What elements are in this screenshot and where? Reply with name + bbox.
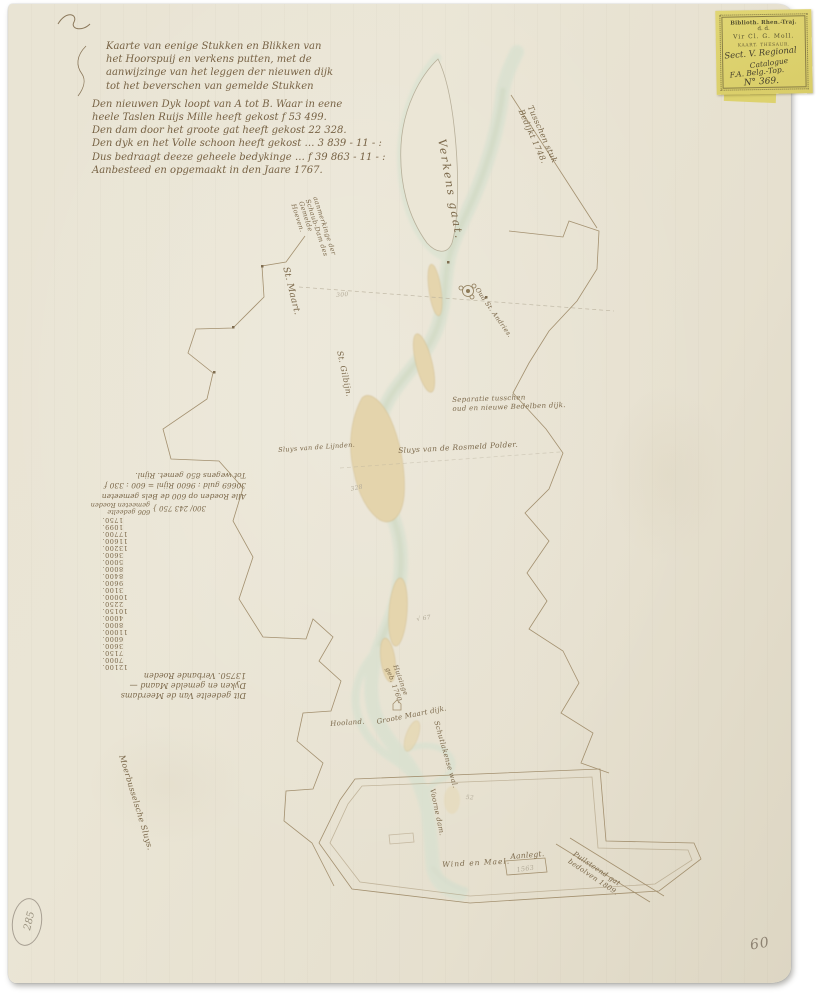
calc-number: 8000. bbox=[102, 621, 154, 628]
calc-number: 8400. bbox=[102, 572, 154, 579]
title-line: het Hoorspuij en verkens putten, met de bbox=[106, 53, 392, 66]
title-block: Kaarte van eenige Stukken en Blikken van… bbox=[92, 40, 392, 177]
scanned-map-page: { "title_block": { "lines": [ "Kaarte va… bbox=[0, 0, 817, 1000]
library-stamp-frame: Biblioth. Rhen.-Traj. d. d. Vir Cl. G. M… bbox=[719, 13, 808, 91]
title-line: Kaarte van eenige Stukken en Blikken van bbox=[106, 40, 392, 53]
pencil-mark: 52 bbox=[466, 794, 475, 802]
calc-number: 4000. bbox=[102, 614, 154, 621]
calc-number: 13200. bbox=[102, 544, 154, 551]
calc-number: 3600. bbox=[102, 642, 154, 649]
title-line: Den dam door het groote gat heeft gekost… bbox=[92, 124, 392, 137]
calc-outro-line: 30669 guld : 9600 Rijnl = 600 : 330 f bbox=[28, 480, 246, 491]
calculation-block: Dit gedeelte Van de MeerdamsDyken en gem… bbox=[28, 452, 246, 700]
pencil-mark: 300 bbox=[336, 291, 349, 299]
calc-number: 3100. bbox=[102, 586, 154, 593]
calc-number: 6000. bbox=[102, 635, 154, 642]
calc-outro: Alle Roeden op 600 de Bels gemeeten30669… bbox=[28, 470, 246, 502]
calc-total-note-line: gemeeten Roeden bbox=[91, 501, 150, 508]
library-stamp: Biblioth. Rhen.-Traj. d. d. Vir Cl. G. M… bbox=[715, 9, 812, 95]
title-line: Den dyk en het Volle schoon heeft gekost… bbox=[92, 137, 392, 150]
title-line: aanwijzinge van het leggen der nieuwen d… bbox=[106, 66, 392, 79]
calc-total-note: 606 gedeeltegemeeten Roeden bbox=[91, 501, 150, 515]
calc-number: 2250. bbox=[102, 600, 154, 607]
calc-intro-line: 13750. Verbande Roeden bbox=[28, 670, 246, 680]
calc-total-note-line: 606 gedeelte bbox=[91, 508, 150, 515]
calc-intro-line: Dyken en gemelde Maand — bbox=[28, 680, 246, 690]
calc-total-value: 243 750 bbox=[159, 504, 188, 512]
calc-number: 17700. bbox=[102, 530, 154, 537]
calc-number: 1750. bbox=[102, 516, 154, 523]
calc-total-row: 300/ 243 750 } 606 gedeeltegemeeten Roed… bbox=[28, 501, 206, 515]
calc-outro-line: Alle Roeden op 600 de Bels gemeeten bbox=[28, 491, 246, 502]
calc-number: 10000. bbox=[102, 593, 154, 600]
shelf-number: 285 bbox=[22, 910, 37, 931]
calc-number: 10150. bbox=[102, 607, 154, 614]
calc-number: 7150. bbox=[102, 649, 154, 656]
title-line: Aanbesteed en opgemaakt in den Jaare 176… bbox=[92, 164, 392, 177]
calc-number: 11600. bbox=[102, 537, 154, 544]
calc-total-prefix: 300/ bbox=[190, 504, 206, 512]
title-line: Dus bedraagt deeze geheele bedykinge … f… bbox=[92, 151, 392, 164]
calc-intro-line: Dit gedeelte Van de Meerdams bbox=[28, 690, 246, 700]
title-line: tot het beverschen van gemelde Stukken bbox=[106, 80, 392, 93]
calc-number: 3600. bbox=[102, 551, 154, 558]
calc-outro-line: Tot wegens 850 gemet. Rijnl. bbox=[28, 470, 246, 481]
calc-number-column: 12100.7000.7150.3600.6000.11000.8000.400… bbox=[102, 516, 154, 670]
title-line: Den nieuwen Dyk loopt van A tot B. Waar … bbox=[92, 98, 392, 111]
folio-number: 60 bbox=[749, 934, 771, 953]
calc-number: 8000. bbox=[102, 565, 154, 572]
calc-total-brace: } bbox=[152, 504, 156, 512]
title-line: heele Taslen Ruijs Mille heeft gekost f … bbox=[92, 111, 392, 124]
calc-number: 12100. bbox=[102, 663, 154, 670]
pen-flourish bbox=[58, 15, 90, 96]
calc-number: 1099. bbox=[102, 523, 154, 530]
stamp-handwritten-line: N° 369. bbox=[743, 76, 779, 88]
stamp-printed-line: Vir Cl. G. Moll. bbox=[721, 32, 807, 40]
calc-number: 9600. bbox=[102, 579, 154, 586]
calc-intro: Dit gedeelte Van de MeerdamsDyken en gem… bbox=[28, 670, 246, 700]
calc-number: 11000. bbox=[102, 628, 154, 635]
calc-number: 7000. bbox=[102, 656, 154, 663]
calc-number: 5000. bbox=[102, 558, 154, 565]
